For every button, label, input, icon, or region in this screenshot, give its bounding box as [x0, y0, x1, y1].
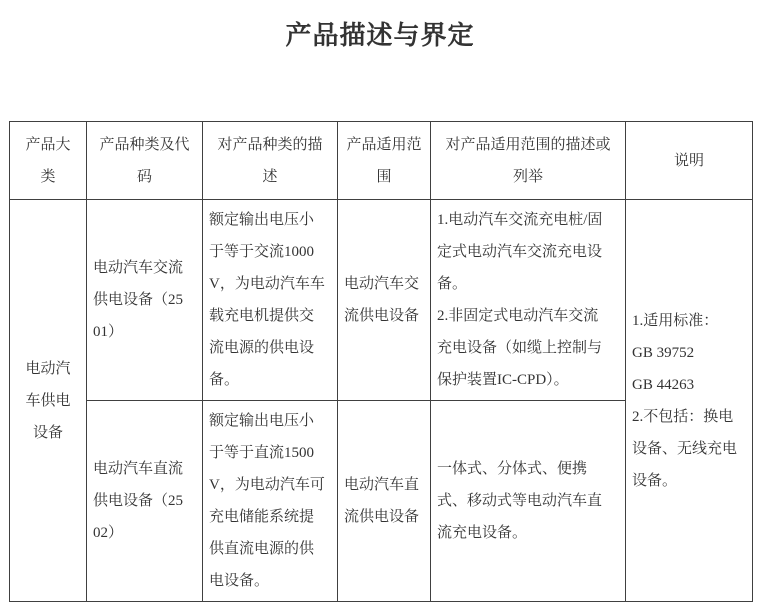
header-applicable-scope: 产品适用范 围	[338, 122, 431, 200]
page-title: 产品描述与界定	[0, 15, 760, 52]
table-row-ac-supply: 电动汽 车供电 设备 电动汽车交流 供电设备（25 01） 额定输出电压小 于等…	[10, 200, 753, 401]
header-product-category: 产品大 类	[10, 122, 87, 200]
header-notes: 说明	[626, 122, 753, 200]
header-type-and-code: 产品种类及代 码	[87, 122, 203, 200]
cell-dc-type-description: 额定输出电压小 于等于直流1500 V，为电动汽车可 充电储能系统提 供直流电源…	[203, 401, 338, 602]
cell-dc-scope: 电动汽车直 流供电设备	[338, 401, 431, 602]
cell-ac-type-description: 额定输出电压小 于等于交流1000 V，为电动汽车车 载充电机提供交 流电源的供…	[203, 200, 338, 401]
header-type-description: 对产品种类的描 述	[203, 122, 338, 200]
cell-ac-scope-description: 1.电动汽车交流充电桩/固 定式电动汽车交流充电设 备。 2.非固定式电动汽车交…	[431, 200, 626, 401]
cell-ac-scope: 电动汽车交 流供电设备	[338, 200, 431, 401]
cell-dc-scope-description: 一体式、分体式、便携 式、移动式等电动汽车直 流充电设备。	[431, 401, 626, 602]
cell-ac-type-code: 电动汽车交流 供电设备（25 01）	[87, 200, 203, 401]
cell-dc-type-code: 电动汽车直流 供电设备（25 02）	[87, 401, 203, 602]
table-header-row: 产品大 类 产品种类及代 码 对产品种类的描 述 产品适用范 围 对产品适用范围…	[10, 122, 753, 200]
cell-notes: 1.适用标准： GB 39752 GB 44263 2.不包括：换电 设备、无线…	[626, 200, 753, 602]
header-scope-description: 对产品适用范围的描述或 列举	[431, 122, 626, 200]
product-definition-table: 产品大 类 产品种类及代 码 对产品种类的描 述 产品适用范 围 对产品适用范围…	[9, 121, 753, 602]
cell-product-category: 电动汽 车供电 设备	[10, 200, 87, 602]
